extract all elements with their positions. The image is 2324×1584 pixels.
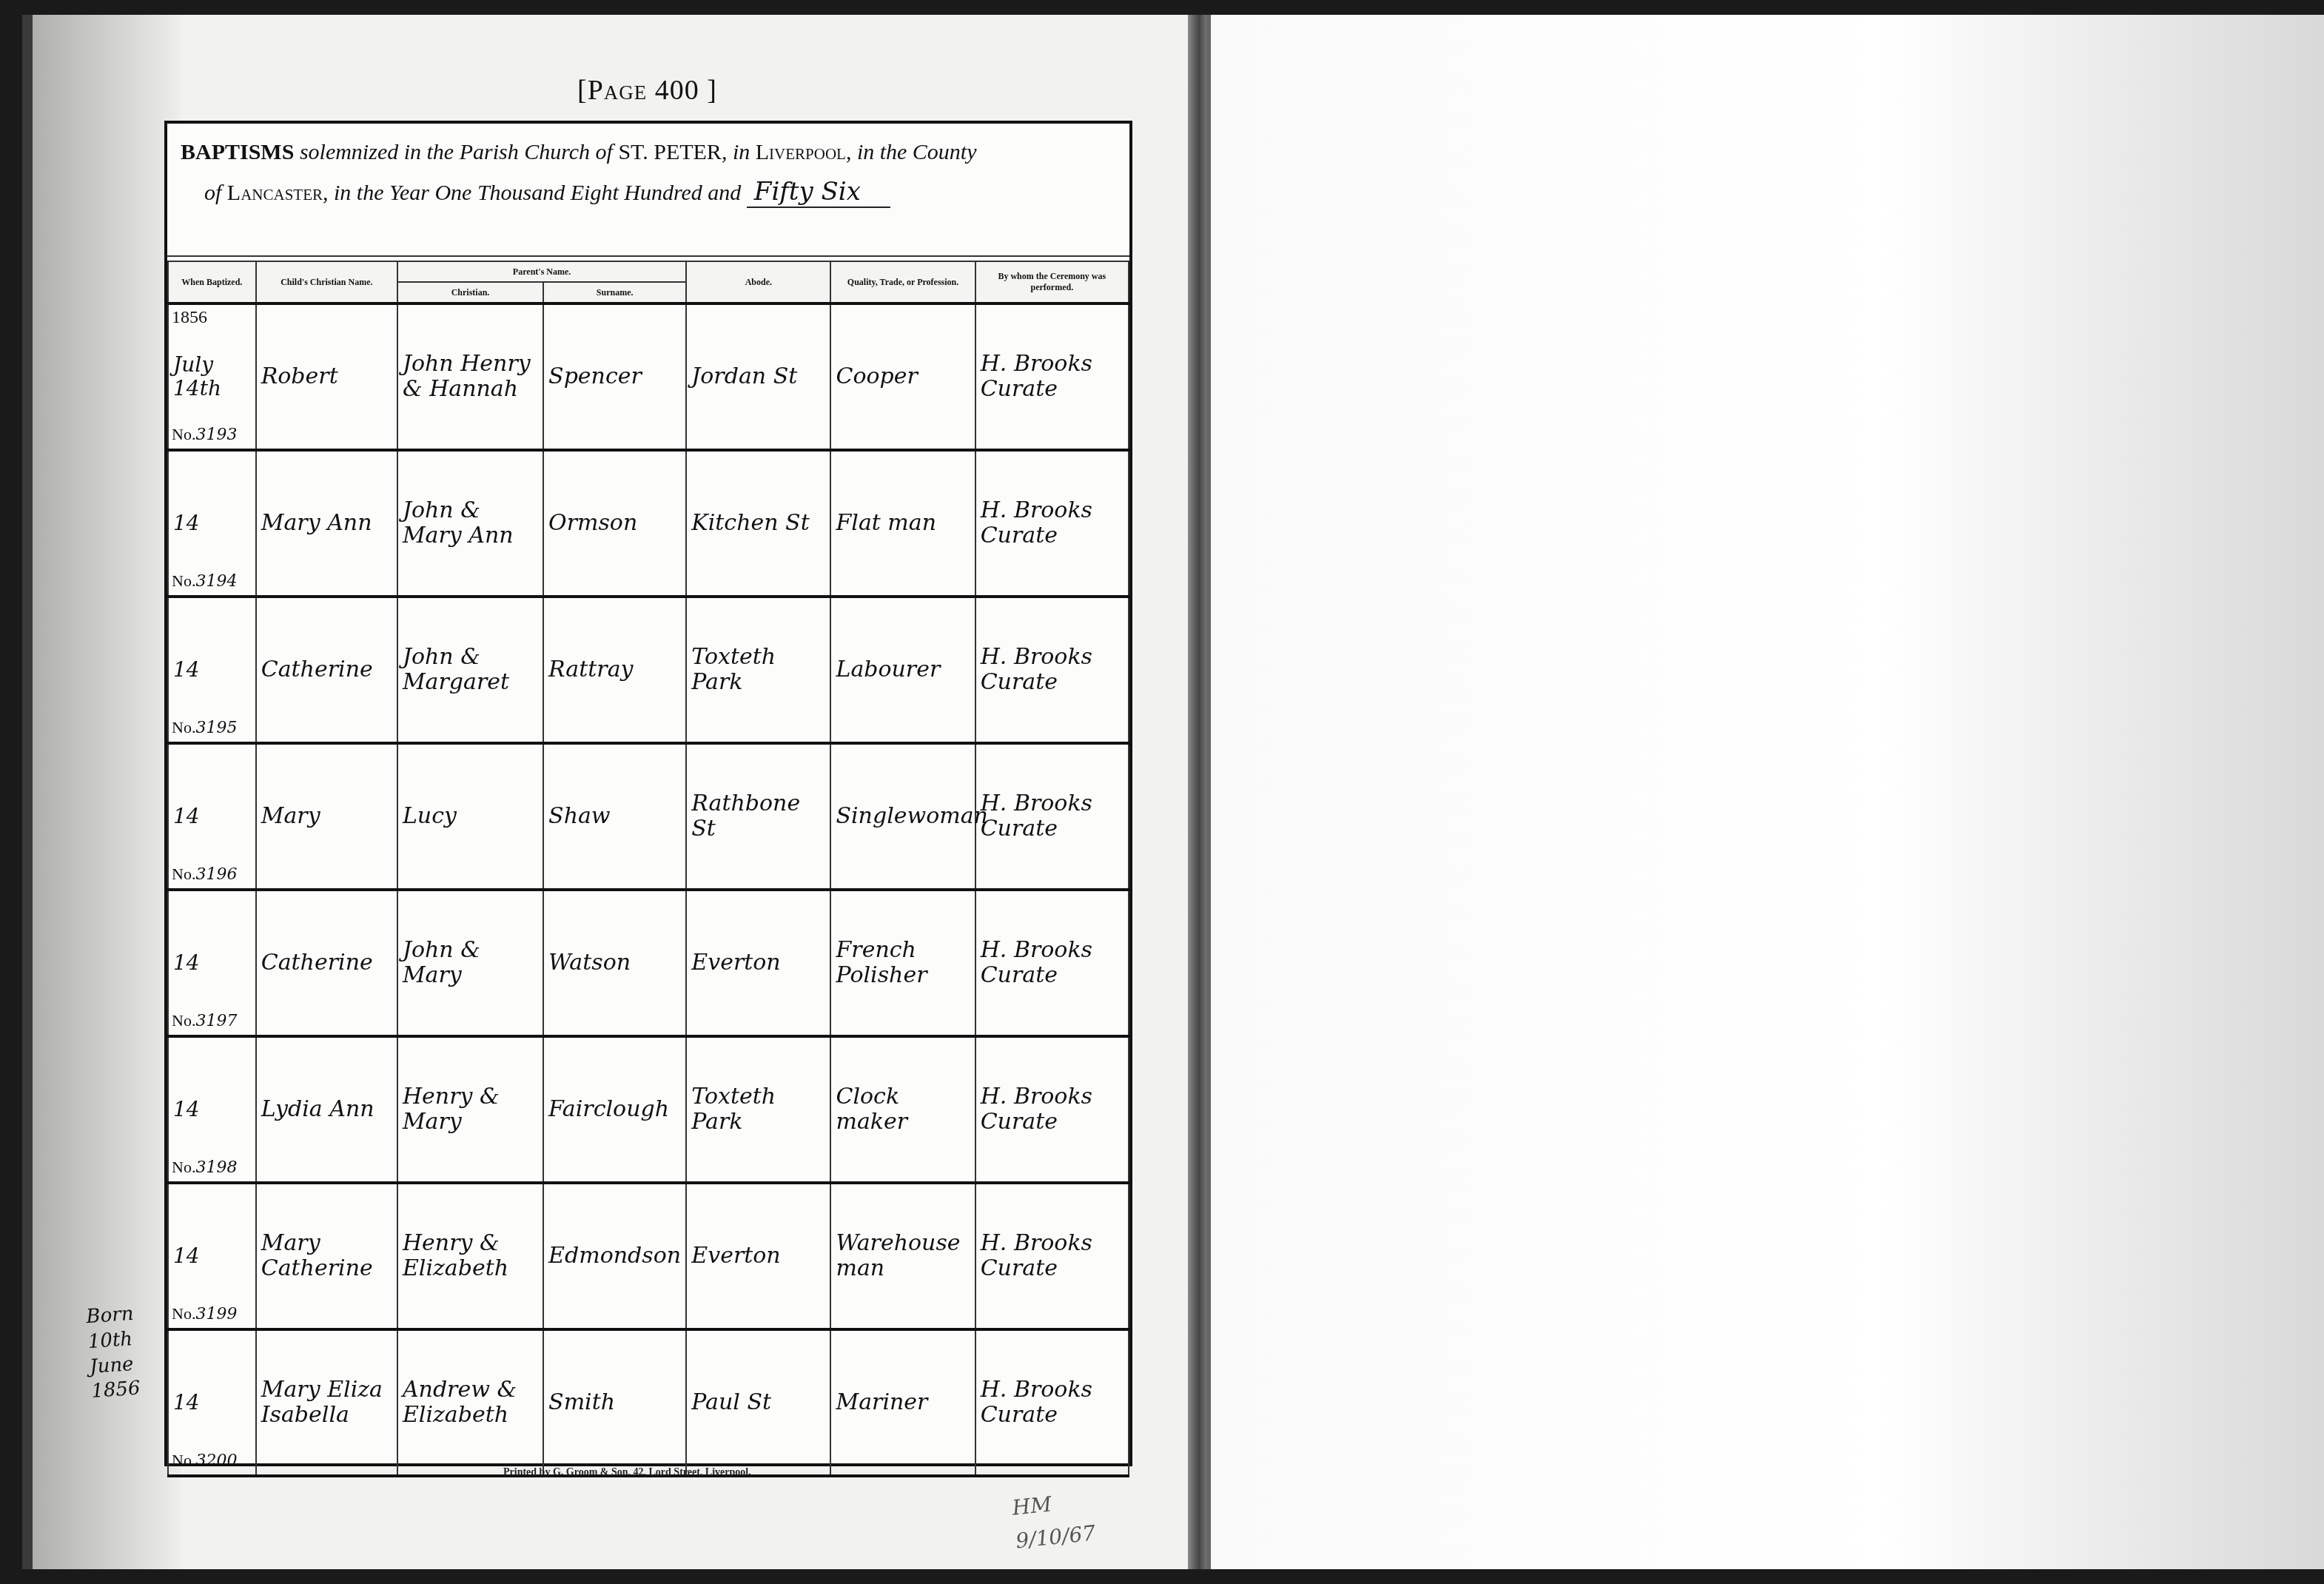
baptism-date: 14 — [173, 804, 200, 828]
cell-parent-surname: Spencer — [543, 303, 686, 450]
cell-quality: Cooper — [830, 303, 975, 450]
cell-abode: Toxteth Park — [686, 1036, 830, 1183]
cell-quality: French Polisher — [830, 890, 975, 1036]
baptism-date: 14 — [173, 950, 200, 975]
entry-number-value: 3193 — [195, 426, 237, 444]
cell-officiant: H. Brooks Curate — [975, 597, 1129, 743]
baptism-date: 14 — [173, 511, 200, 535]
entry-number: No.3200 — [172, 1451, 237, 1470]
entry-number-value: 3200 — [195, 1452, 237, 1470]
register-entry: 1856July 14thNo.3193RobertJohn Henry & H… — [168, 303, 1129, 450]
cell-officiant: H. Brooks Curate — [975, 450, 1129, 597]
year-prefix: 1856 — [172, 308, 207, 329]
baptism-register: BAPTISMS solemnized in the Parish Church… — [164, 121, 1132, 1466]
cell-abode: Paul St — [686, 1329, 830, 1476]
header-child-name: Child's Christian Name. — [256, 261, 397, 303]
cell-parent-surname: Smith — [543, 1329, 686, 1476]
cell-officiant: H. Brooks Curate — [975, 1329, 1129, 1476]
entry-number-prefix: No. — [172, 425, 195, 443]
header-christian: Christian. — [397, 282, 543, 303]
entry-number-value: 3197 — [195, 1012, 237, 1030]
register-entries: 1856July 14thNo.3193RobertJohn Henry & H… — [168, 303, 1129, 1476]
entry-number: No.3197 — [172, 1011, 237, 1030]
cell-when-baptized: 14No.3199 — [168, 1183, 256, 1329]
cell-child-name: Catherine — [256, 890, 397, 1036]
cell-quality: Singlewoman — [830, 743, 975, 890]
baptism-date: July 14th — [173, 352, 221, 400]
cell-when-baptized: 1856July 14thNo.3193 — [168, 303, 256, 450]
cell-officiant: H. Brooks Curate — [975, 890, 1129, 1036]
cell-officiant: H. Brooks Curate — [975, 1036, 1129, 1183]
entry-number-prefix: No. — [172, 865, 195, 883]
header-by-whom: By whom the Ceremony was performed. — [975, 261, 1129, 303]
entry-number-value: 3196 — [195, 865, 237, 884]
baptism-date: 14 — [173, 1244, 200, 1268]
register-heading: BAPTISMS solemnized in the Parish Church… — [167, 124, 1129, 257]
cell-parent-surname: Ormson — [543, 450, 686, 597]
heading-year-handwritten: Fifty Six — [747, 177, 890, 208]
cell-parent-surname: Fairclough — [543, 1036, 686, 1183]
cell-child-name: Mary Catherine — [256, 1183, 397, 1329]
cell-parent-christian: John & Mary Ann — [397, 450, 543, 597]
cell-officiant: H. Brooks Curate — [975, 743, 1129, 890]
cell-officiant: H. Brooks Curate — [975, 1183, 1129, 1329]
cell-when-baptized: 14No.3200 — [168, 1329, 256, 1476]
heading-text: solemnized in the Parish Church of — [300, 140, 613, 164]
header-quality: Quality, Trade, or Profession. — [830, 261, 975, 303]
cell-when-baptized: 14No.3195 — [168, 597, 256, 743]
entry-number: No.3196 — [172, 865, 237, 884]
heading-text: of — [204, 181, 221, 205]
cell-quality: Labourer — [830, 597, 975, 743]
cell-abode: Jordan St — [686, 303, 830, 450]
cell-parent-christian: John & Mary — [397, 890, 543, 1036]
cell-parent-christian: John Henry & Hannah — [397, 303, 543, 450]
heading-baptisms: BAPTISMS — [181, 140, 294, 164]
heading-text: in the Year One Thousand Eight Hundred a… — [334, 181, 741, 205]
register-entry: 14No.3195CatherineJohn & MargaretRattray… — [168, 597, 1129, 743]
cell-child-name: Lydia Ann — [256, 1036, 397, 1183]
archivist-annotation: HM 9/10/67 — [1011, 1484, 1098, 1558]
cell-quality: Mariner — [830, 1329, 975, 1476]
entry-number-prefix: No. — [172, 1304, 195, 1323]
entry-number-value: 3198 — [195, 1158, 237, 1177]
entry-number: No.3199 — [172, 1304, 237, 1323]
cell-quality: Flat man — [830, 450, 975, 597]
register-table: When Baptized. Child's Christian Name. P… — [167, 261, 1129, 1477]
entry-number-value: 3195 — [195, 719, 237, 737]
cell-parent-surname: Watson — [543, 890, 686, 1036]
cell-parent-surname: Edmondson — [543, 1183, 686, 1329]
cell-quality: Warehouse man — [830, 1183, 975, 1329]
entry-number-prefix: No. — [172, 718, 195, 736]
baptism-date: 14 — [173, 657, 200, 682]
cell-abode: Everton — [686, 1183, 830, 1329]
heading-line-1: BAPTISMS solemnized in the Parish Church… — [181, 140, 977, 165]
entry-number: No.3193 — [172, 425, 237, 444]
register-entry: 14No.3197CatherineJohn & MaryWatsonEvert… — [168, 890, 1129, 1036]
heading-place: Liverpool, — [756, 140, 852, 164]
baptism-date: 14 — [173, 1390, 200, 1414]
header-parents-name: Parent's Name. — [397, 261, 686, 282]
heading-text: in the County — [857, 140, 977, 164]
heading-text: in — [733, 140, 750, 164]
register-entry: 14No.3198Lydia AnnHenry & MaryFairclough… — [168, 1036, 1129, 1183]
cell-child-name: Mary Eliza Isabella — [256, 1329, 397, 1476]
heading-county: Lancaster, — [227, 181, 329, 205]
printer-imprint: Printed by G. Groom & Son, 42, Lord Stre… — [503, 1467, 751, 1479]
cell-child-name: Mary Ann — [256, 450, 397, 597]
baptism-date: 14 — [173, 1097, 200, 1121]
cell-when-baptized: 14No.3198 — [168, 1036, 256, 1183]
cell-parent-christian: Henry & Mary — [397, 1036, 543, 1183]
heading-line-2: of Lancaster, in the Year One Thousand E… — [204, 177, 890, 207]
right-page-blank — [1206, 15, 2324, 1569]
entry-number-prefix: No. — [172, 1451, 195, 1469]
entry-number-prefix: No. — [172, 571, 195, 590]
entry-number-prefix: No. — [172, 1011, 195, 1030]
cell-parent-surname: Shaw — [543, 743, 686, 890]
entry-number: No.3194 — [172, 571, 237, 591]
header-surname: Surname. — [543, 282, 686, 303]
heading-church: ST. PETER, — [618, 140, 727, 164]
cell-abode: Toxteth Park — [686, 597, 830, 743]
cell-abode: Kitchen St — [686, 450, 830, 597]
cell-parent-surname: Rattray — [543, 597, 686, 743]
register-entry: 14No.3196MaryLucyShawRathbone StSinglewo… — [168, 743, 1129, 890]
entry-number: No.3198 — [172, 1158, 237, 1177]
register-entry: 14No.3199Mary CatherineHenry & Elizabeth… — [168, 1183, 1129, 1329]
cell-child-name: Catherine — [256, 597, 397, 743]
header-abode: Abode. — [686, 261, 830, 303]
entry-number-prefix: No. — [172, 1158, 195, 1176]
cell-officiant: H. Brooks Curate — [975, 303, 1129, 450]
cell-quality: Clock maker — [830, 1036, 975, 1183]
cell-child-name: Robert — [256, 303, 397, 450]
entry-number-value: 3199 — [195, 1305, 237, 1323]
cell-parent-christian: Henry & Elizabeth — [397, 1183, 543, 1329]
header-when-baptized: When Baptized. — [168, 261, 256, 303]
cell-parent-christian: John & Margaret — [397, 597, 543, 743]
cell-abode: Everton — [686, 890, 830, 1036]
cell-abode: Rathbone St — [686, 743, 830, 890]
page-number: [Page 400 ] — [577, 74, 717, 107]
cell-when-baptized: 14No.3197 — [168, 890, 256, 1036]
cell-child-name: Mary — [256, 743, 397, 890]
cell-parent-christian: Lucy — [397, 743, 543, 890]
register-entry: 14No.3200Mary Eliza IsabellaAndrew & Eli… — [168, 1329, 1129, 1476]
entry-number: No.3195 — [172, 718, 237, 737]
cell-when-baptized: 14No.3196 — [168, 743, 256, 890]
cell-parent-christian: Andrew & Elizabeth — [397, 1329, 543, 1476]
register-entry: 14No.3194Mary AnnJohn & Mary AnnOrmsonKi… — [168, 450, 1129, 597]
entry-number-value: 3194 — [195, 572, 237, 591]
cell-when-baptized: 14No.3194 — [168, 450, 256, 597]
margin-note: Born 10th June 1856 — [85, 1301, 158, 1405]
